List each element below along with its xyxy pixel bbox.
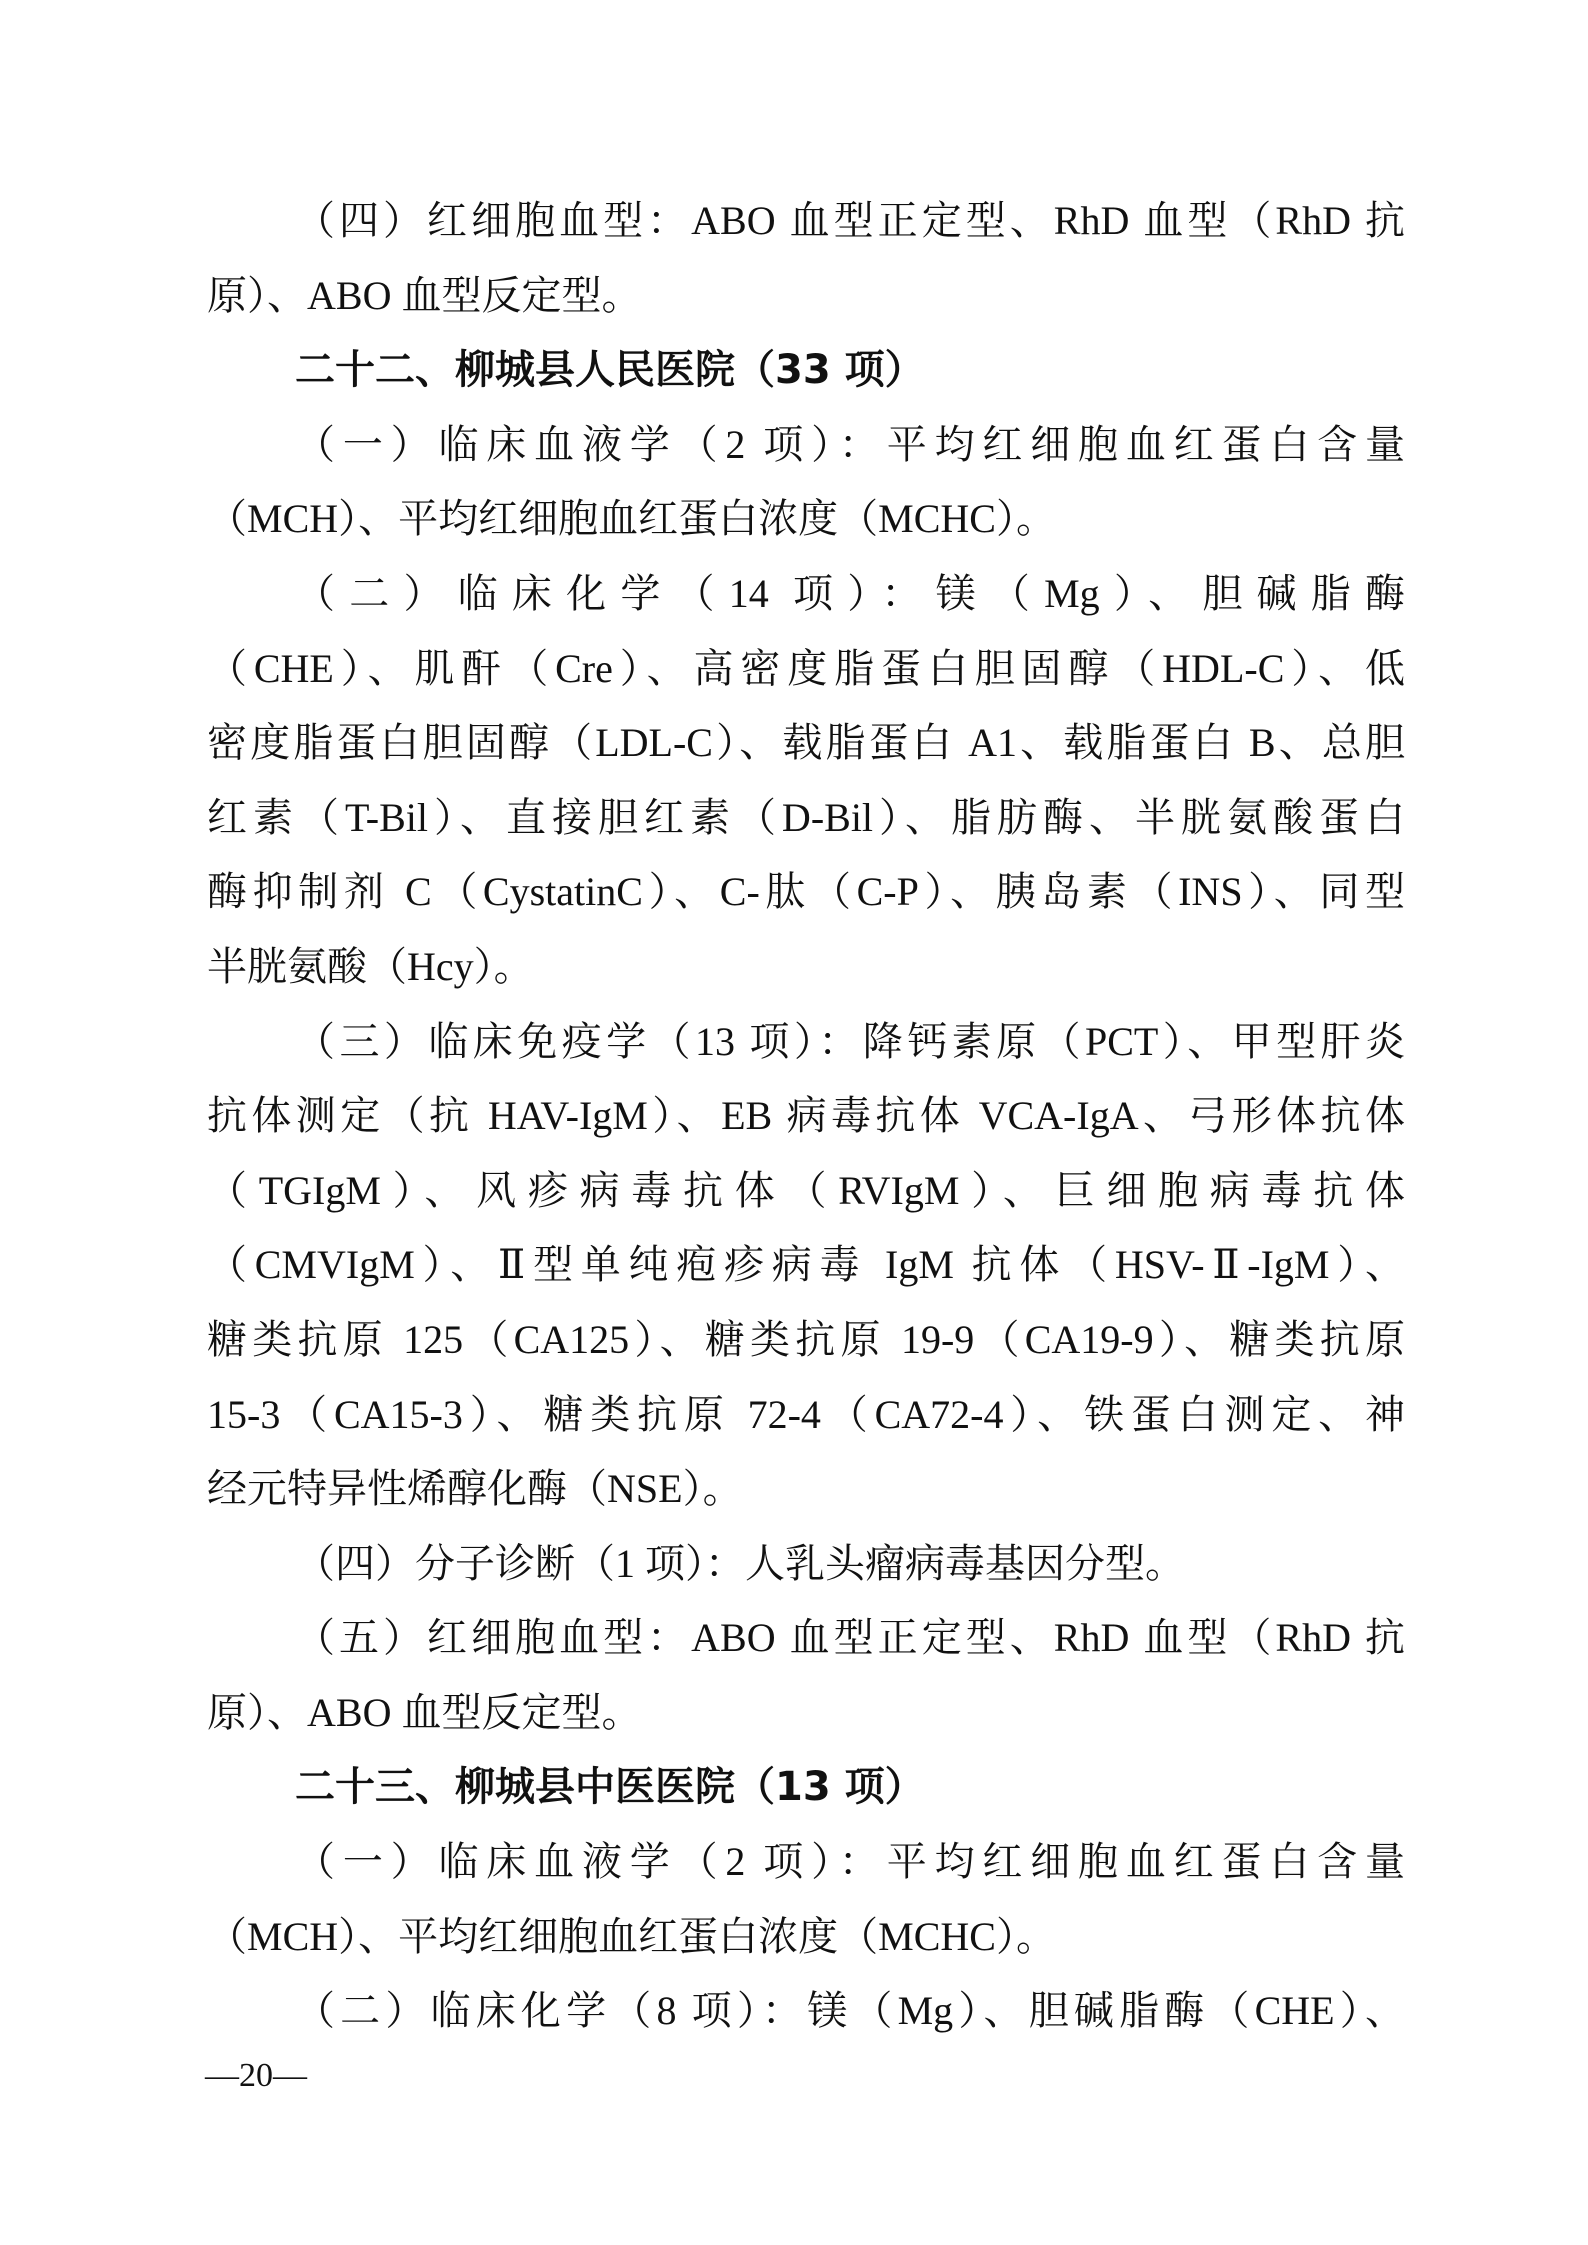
text-line: （MCH）、平均红细胞血红蛋白浓度（MCHC）。 [207,1900,1405,1975]
text-line: 密度脂蛋白胆固醇（LDL-C）、载脂蛋白 A1、载脂蛋白 B、总胆 [207,706,1405,781]
text-line: （CMVIgM）、Ⅱ型单纯疱疹病毒 IgM 抗体（HSV-Ⅱ-IgM）、 [207,1228,1405,1303]
text-line: （TGIgM）、风疹病毒抗体（RVIgM）、巨细胞病毒抗体 [207,1154,1405,1229]
section-heading-liucheng-peoples-hospital: 二十二、柳城县人民医院（33 项） [207,333,1405,408]
paragraph-clinical-immunology: （三）临床免疫学（13 项）：降钙素原（PCT）、甲型肝炎 抗体测定（抗 HAV… [207,1005,1405,1527]
section-heading-liucheng-tcm-hospital: 二十三、柳城县中医医院（13 项） [207,1750,1405,1825]
paragraph-clinical-hematology: （一）临床血液学（2 项）：平均红细胞血红蛋白含量 （MCH）、平均红细胞血红蛋… [207,408,1405,557]
text-line: 经元特异性烯醇化酶（NSE）。 [207,1452,1405,1527]
text-line: （四）红细胞血型：ABO 血型正定型、RhD 血型（RhD 抗 [207,184,1405,259]
paragraph-clinical-chemistry-tcm: （二）临床化学（8 项）：镁（Mg）、胆碱脂酶（CHE）、 [207,1974,1405,2049]
text-line: （二）临床化学（8 项）：镁（Mg）、胆碱脂酶（CHE）、 [207,1974,1405,2049]
text-line: （MCH）、平均红细胞血红蛋白浓度（MCHC）。 [207,482,1405,557]
paragraph-clinical-hematology-tcm: （一）临床血液学（2 项）：平均红细胞血红蛋白含量 （MCH）、平均红细胞血红蛋… [207,1825,1405,1974]
document-body: （四）红细胞血型：ABO 血型正定型、RhD 血型（RhD 抗 原）、ABO 血… [207,184,1405,2049]
text-line: 原）、ABO 血型反定型。 [207,259,1405,334]
text-line: （二）临床化学（14 项）：镁（Mg）、胆碱脂酶 [207,557,1405,632]
text-line: 酶抑制剂 C（CystatinC）、C-肽（C-P）、胰岛素（INS）、同型 [207,855,1405,930]
text-line: 半胱氨酸（Hcy）。 [207,930,1405,1005]
text-line: 糖类抗原 125（CA125）、糖类抗原 19-9（CA19-9）、糖类抗原 [207,1303,1405,1378]
paragraph-blood-type: （五）红细胞血型：ABO 血型正定型、RhD 血型（RhD 抗 原）、ABO 血… [207,1601,1405,1750]
document-page: （四）红细胞血型：ABO 血型正定型、RhD 血型（RhD 抗 原）、ABO 血… [0,0,1588,2245]
text-line: （一）临床血液学（2 项）：平均红细胞血红蛋白含量 [207,408,1405,483]
paragraph-clinical-chemistry: （二）临床化学（14 项）：镁（Mg）、胆碱脂酶 （CHE）、肌酐（Cre）、高… [207,557,1405,1005]
text-line: 15-3（CA15-3）、糖类抗原 72-4（CA72-4）、铁蛋白测定、神 [207,1378,1405,1453]
text-line: （五）红细胞血型：ABO 血型正定型、RhD 血型（RhD 抗 [207,1601,1405,1676]
text-line: （CHE）、肌酐（Cre）、高密度脂蛋白胆固醇（HDL-C）、低 [207,632,1405,707]
page-number: —20— [205,2054,307,2098]
paragraph-blood-type-prev: （四）红细胞血型：ABO 血型正定型、RhD 血型（RhD 抗 原）、ABO 血… [207,184,1405,333]
text-line: 抗体测定（抗 HAV-IgM）、EB 病毒抗体 VCA-IgA、弓形体抗体 [207,1079,1405,1154]
text-line: （三）临床免疫学（13 项）：降钙素原（PCT）、甲型肝炎 [207,1005,1405,1080]
text-line: 红素（T-Bil）、直接胆红素（D-Bil）、脂肪酶、半胱氨酸蛋白 [207,781,1405,856]
text-line: （一）临床血液学（2 项）：平均红细胞血红蛋白含量 [207,1825,1405,1900]
text-line: 原）、ABO 血型反定型。 [207,1676,1405,1751]
heading-text: 二十二、柳城县人民医院（33 项） [207,333,1405,408]
heading-text: 二十三、柳城县中医医院（13 项） [207,1750,1405,1825]
paragraph-molecular-diagnosis: （四）分子诊断（1 项）：人乳头瘤病毒基因分型。 [207,1527,1405,1602]
text-line: （四）分子诊断（1 项）：人乳头瘤病毒基因分型。 [207,1527,1405,1602]
